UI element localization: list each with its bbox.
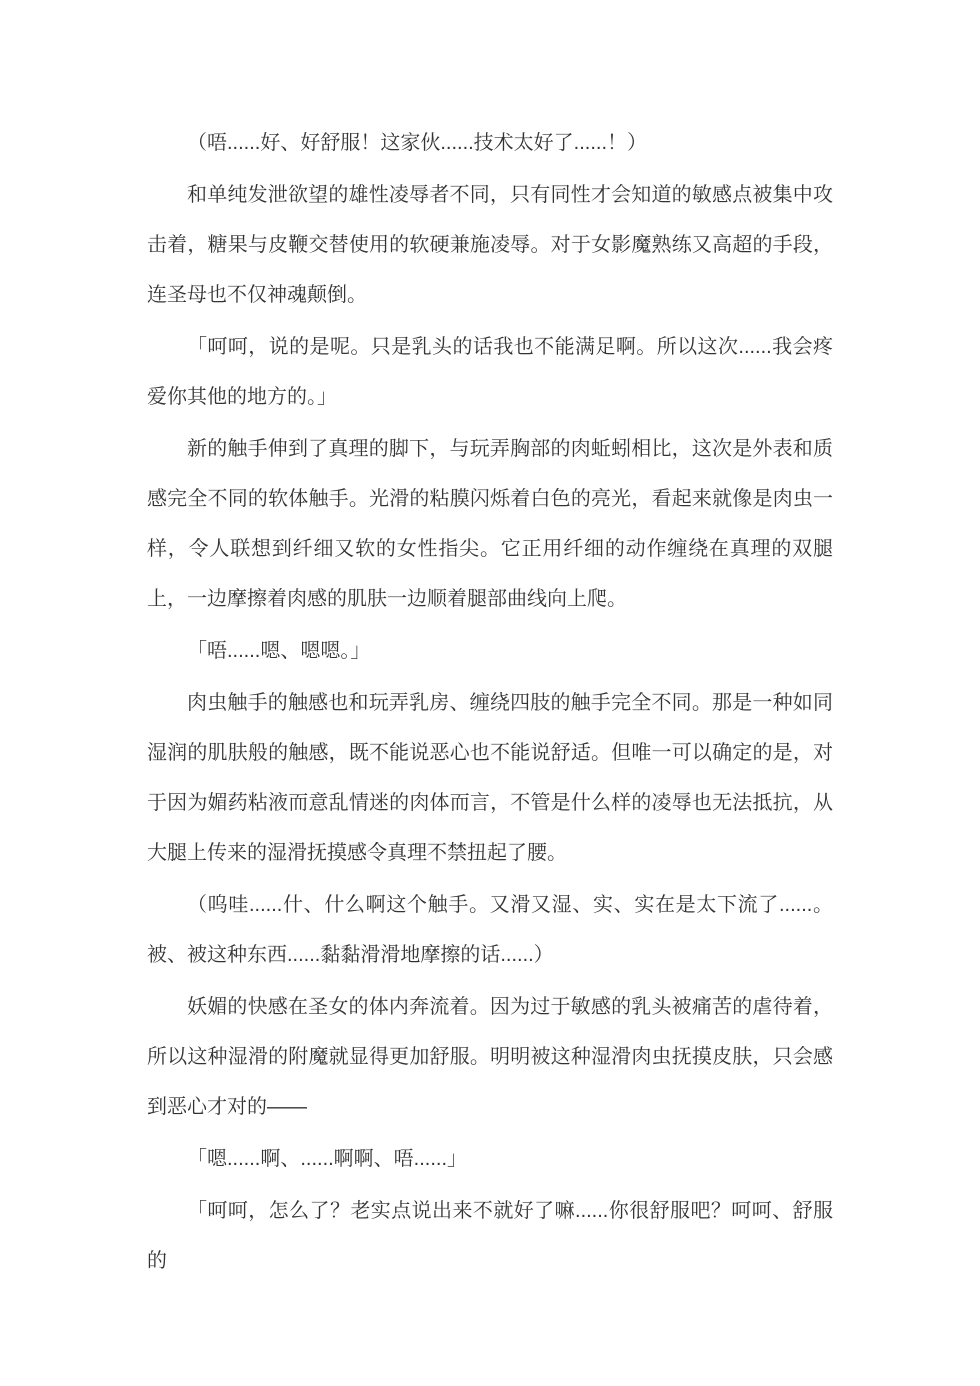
document-page: （唔......好、好舒服！这家伙......技术太好了......！） 和单纯… — [0, 0, 980, 1386]
paragraph-dialogue: 「呵呵，怎么了？老实点说出来不就好了嘛......你很舒服吧？呵呵、舒服的 — [147, 1186, 833, 1286]
paragraph-dialogue: 「呵呵，说的是呢。只是乳头的话我也不能满足啊。所以这次......我会疼爱你其他… — [147, 322, 833, 422]
paragraph-inner-thought: （呜哇......什、什么啊这个触手。又滑又湿、实、实在是太下流了......。… — [147, 880, 833, 980]
paragraph-narration: 肉虫触手的触感也和玩弄乳房、缠绕四肢的触手完全不同。那是一种如同湿润的肌肤般的触… — [147, 678, 833, 878]
paragraph-narration: 和单纯发泄欲望的雄性凌辱者不同，只有同性才会知道的敏感点被集中攻击着，糖果与皮鞭… — [147, 170, 833, 320]
document-page-body: { "page": { "background_color": "#ffffff… — [0, 0, 980, 1386]
paragraph-narration: 新的触手伸到了真理的脚下，与玩弄胸部的肉蚯蚓相比，这次是外表和质感完全不同的软体… — [147, 424, 833, 624]
paragraph-dialogue: 「唔......嗯、嗯嗯。」 — [147, 626, 833, 676]
paragraph-dialogue: 「嗯......啊、......啊啊、唔......」 — [147, 1134, 833, 1184]
paragraph-inner-thought: （唔......好、好舒服！这家伙......技术太好了......！） — [147, 118, 833, 168]
paragraph-narration: 妖媚的快感在圣女的体内奔流着。因为过于敏感的乳头被痛苦的虐待着，所以这种湿滑的附… — [147, 982, 833, 1132]
